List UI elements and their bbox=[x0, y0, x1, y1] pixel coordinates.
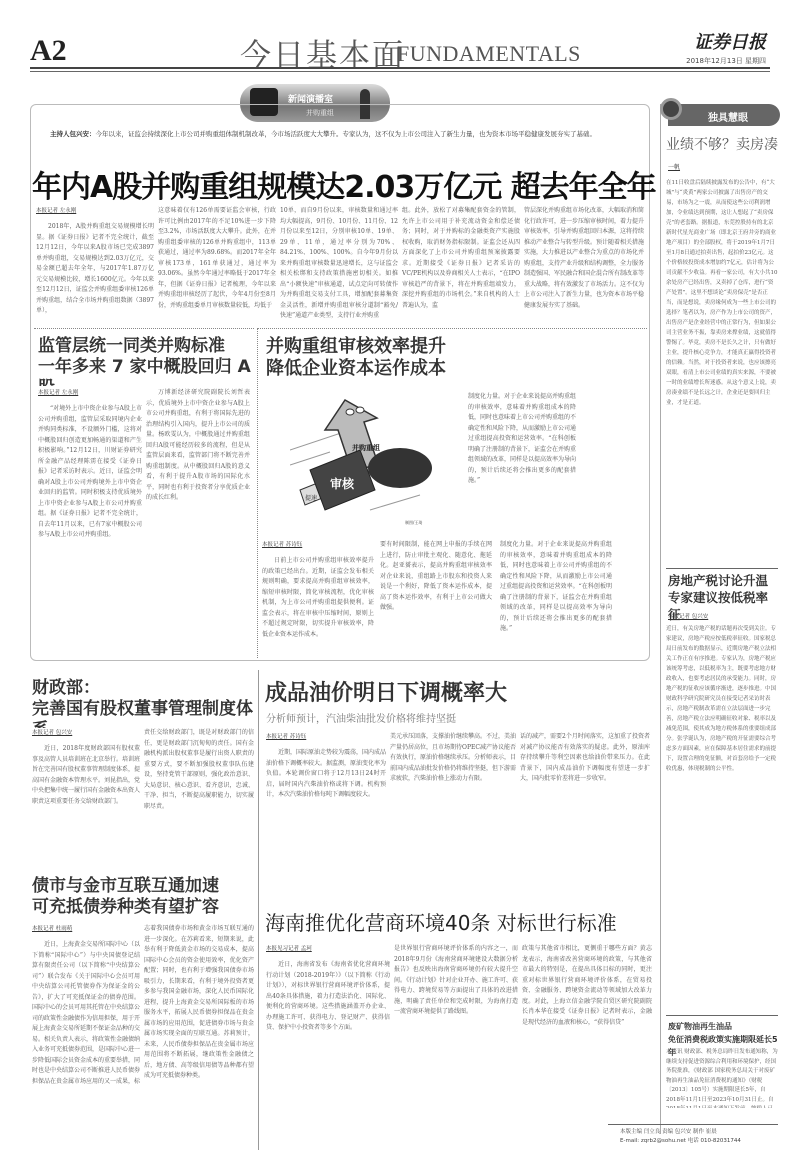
newspaper-logo: 证券日报 bbox=[694, 28, 766, 54]
article-2-paragraph: 万博新经济研究院副院长刘哲表示，优质境外上市中资企业参与A股上市公司并购重组，有… bbox=[146, 388, 250, 504]
article-6-paragraph: 美元承压回落，支撑油价继续攀高。不过，美油产量仍居高位，且市场期待OPEC减产协… bbox=[390, 732, 516, 785]
waste-oil-headline-line1: 废矿物油再生油品 bbox=[668, 1020, 780, 1033]
issue-date: 2018年12月13日 星期四 bbox=[686, 56, 766, 66]
lead-article-col-2: 这意味着仅有126单需要证监会审核，行政许可比例由2017年的不足10%进一步下… bbox=[158, 206, 276, 326]
article-4-paragraph: 责任交给财政部门，既是对财政部门的信任，更是财政部门沉甸甸的责任。国有金融机构派… bbox=[144, 728, 254, 812]
column-divider bbox=[258, 670, 259, 1150]
article-6-byline: 本报记者 苏诗钰 bbox=[266, 732, 386, 740]
lead-article-col-1: 本报记者 左永刚 2018年，A股并购重组交易规模增长明显。据《证券日报》记者不… bbox=[36, 206, 154, 326]
globe-icon bbox=[660, 98, 682, 120]
article-3-paragraph: 制度化力量。对于企业来说提高并购重组的审核效率，意味着并购重组成本的降低，同时也… bbox=[468, 392, 576, 487]
property-tax-body: 近日，有关房地产税的话题再次受到关注。专家建议，房地产税应按低税率征收。国家税总… bbox=[666, 624, 778, 1004]
column-tag: 独具慧眼 bbox=[668, 104, 780, 126]
article-3-paragraph: 要有时间限制，能在网上申报的手续在网上进行，防止审批主观化、随意化、拖延化。赵亚… bbox=[380, 540, 492, 614]
lead-byline: 本报记者 左永刚 bbox=[36, 206, 154, 214]
illus-side-label: 提速 bbox=[305, 494, 317, 502]
illus-credit: 制图/王琦 bbox=[405, 519, 422, 525]
article-7-headline[interactable]: 海南推优化营商环境40条 对标世行标准 bbox=[265, 910, 655, 940]
article-3-paragraph: 制度化力量。对于企业来说提高并购重组的审核效率，意味着并购重组成本的降低，同时也… bbox=[500, 540, 612, 635]
article-4-col-1: 本报记者 包兴安 近日，2018年度财政部国有股权董事及高管人员培训班在北京举行… bbox=[32, 728, 140, 854]
right-divider bbox=[666, 1015, 778, 1016]
article-6-col-2: 美元承压回落，支撑油价继续攀高。不过，美油产量仍居高位，且市场期待OPEC减产协… bbox=[390, 732, 516, 900]
article-6-headline-text: 成品油价明日下调概率大 bbox=[265, 680, 655, 708]
lead-paragraph: 10单，而自9月份以来，审核数量和通过率均大幅提高，9月份、10月份、11月份、… bbox=[280, 206, 398, 322]
section-title-en: FUNDAMENTALS bbox=[397, 41, 581, 67]
illus-band-label: 审核 bbox=[330, 476, 355, 491]
article-5-paragraph: 近日，上海黄金交易所国际中心（以下简称“国际中心”）与中央国债登记结算有限责任公… bbox=[32, 940, 140, 1087]
waste-oil-body: 本报讯 财政部、税务总局昨日发布通知称，为继续支持促进资源综合利用和环境保护，经… bbox=[666, 1048, 778, 1108]
article-3-col-3: 制度化力量。对于企业来说提高并购重组的审核效率，意味着并购重组成本的降低，同时也… bbox=[500, 540, 612, 656]
article-2-paragraph: “对境外上市中资企业参与A股上市公司并购重组，监管层采取同境内企业并购同类标准，… bbox=[38, 404, 142, 541]
article-7-byline: 本报见习记者 孟珂 bbox=[266, 944, 390, 952]
column-headline[interactable]: 业绩不够？卖房凑 bbox=[666, 134, 778, 154]
article-3-col-2: 要有时间限制，能在网上申报的手续在网上进行，防止审批主观化、随意化、拖延化。赵亚… bbox=[380, 540, 492, 656]
article-7-col-3: 政策与其他省市相比，更侧重于哪些方面？黄志龙表示，海南省改善营商环境的政策，与其… bbox=[522, 944, 652, 1154]
lead-paragraph: 2018年，A股并购重组交易规模增长明显。据《证券日报》记者不完全统计，截至12… bbox=[36, 222, 154, 317]
masthead-divider bbox=[30, 67, 770, 72]
article-5-col-1: 本报记者 杜雨萌 近日，上海黄金交易所国际中心（以下简称“国际中心”）与中央国债… bbox=[32, 924, 140, 1152]
article-6-paragraph: 近期，国际原油走势较为震荡，国内成品油价格下调概率较大。据监测，原油变化率为负值… bbox=[266, 748, 386, 801]
article-5-col-2: 志着我国债券市场和黄金市场互联互通的进一步深化。在苏莉看来，短期来说，此举有利于… bbox=[144, 924, 254, 1152]
article-7-col-1: 本报见习记者 孟珂 近日，海南省发布《海南省优化营商环境行动计划（2018-20… bbox=[266, 944, 390, 1154]
column-author: 一帆 bbox=[668, 162, 680, 171]
article-7-paragraph: 政策与其他省市相比，更侧重于哪些方面？黄志龙表示，海南省改善营商环境的政策，与其… bbox=[522, 944, 652, 1028]
article-2-col-2: 万博新经济研究院副院长刘哲表示，优质境外上市中资企业参与A股上市公司并购重组，有… bbox=[146, 388, 250, 656]
property-tax-author: 本报记者 包兴安 bbox=[668, 612, 708, 620]
property-tax-headline-line1: 房地产税讨论升温 bbox=[668, 572, 778, 589]
article-2-headline[interactable]: 监管层统一同类并购标准 一年多来 7 家中概股回归 A 股 bbox=[38, 336, 253, 386]
article-5-headline[interactable]: 债市与金市互联互通加速 可充抵债券种类有望扩容 bbox=[32, 876, 257, 924]
lead-paragraph: 组。此外，放松了对募集配套资金的管制，允许上市公司用于补充流动资金和偿还债务；同… bbox=[402, 206, 520, 311]
article-3-headline-line2: 降低企业资本运作成本 bbox=[266, 358, 566, 380]
article-3-col-1: 本报记者 苏诗钰 日前上市公司并购重组审核效率提升的政策已经出台。近期，证监会发… bbox=[262, 540, 374, 656]
article-3-headline-line1: 并购重组审核效率提升 bbox=[266, 336, 566, 358]
article-7-col-2: 是世界银行营商环境评价体系的内容之一，而2018年9月份《海南营商环境建设大数据… bbox=[394, 944, 518, 1154]
lead-article-col-4: 组。此外，放松了对募集配套资金的管制，允许上市公司用于补充流动资金和偿还债务；同… bbox=[402, 206, 520, 326]
article-2-col-1: 本报记者 左永刚 “对境外上市中资企业参与A股上市公司并购重组，监管层采取同境内… bbox=[38, 388, 142, 656]
article-5-headline-line2: 可充抵债券种类有望扩容 bbox=[32, 897, 257, 918]
article-6-col-1: 本报记者 苏诗钰 近期，国际原油走势较为震荡，国内成品油价格下调概率较大。据监测… bbox=[266, 732, 386, 900]
lead-paragraph: 这意味着仅有126单需要证监会审核，行政许可比例由2017年的不足10%进一步下… bbox=[158, 206, 276, 311]
article-5-headline-line1: 债市与金市互联互通加速 bbox=[32, 876, 257, 897]
right-divider bbox=[666, 568, 778, 569]
column-tag-label: 独具慧眼 bbox=[708, 109, 748, 124]
host-label: 主持人包兴安： bbox=[50, 130, 96, 138]
article-6-col-3: 话的减产，需要2个月时间落实，这加重了投资者对减产协议能否有效落实的疑虑。此外，… bbox=[520, 732, 650, 900]
article-2-byline: 本报记者 左永刚 bbox=[38, 388, 142, 396]
illus-arrow-label: 并购重组 bbox=[352, 443, 380, 452]
article-5-byline: 本报记者 杜雨萌 bbox=[32, 924, 140, 932]
lead-paragraph: 管层深化并购重组市场化改革，大幅取消和简化行政许可，进一步压缩审核时间，着力提升… bbox=[524, 206, 644, 311]
article-4-headline-line2: 完善国有股权董事管理制度体系 bbox=[32, 699, 257, 728]
article-7-paragraph: 是世界银行营商环境评价体系的内容之一，而2018年9月份《海南营商环境建设大数据… bbox=[394, 944, 518, 1018]
host-intro: 主持人包兴安：今年以来，证监会持续深化上市公司并购重组体制机制改革，今市场活跃度… bbox=[50, 127, 650, 141]
article-3-byline: 本报记者 苏诗钰 bbox=[262, 540, 374, 548]
column-body: 在11日收盘后陆续披露发布的公告中，有“大城”与“炎黄”两家公司披露了出售房产的… bbox=[666, 178, 778, 568]
article-3-paragraph: 日前上市公司并购重组审核效率提升的政策已经出台。近期，证监会发布相关规则明确，要… bbox=[262, 556, 374, 640]
article-3-headline[interactable]: 并购重组审核效率提升 降低企业资本运作成本 bbox=[266, 336, 566, 386]
article-4-col-2: 责任交给财政部门，既是对财政部门的信任，更是财政部门沉甸甸的责任。国有金融机构派… bbox=[144, 728, 254, 854]
contact-info: E-mail: zqrb2@sohu.net 电话 010-82031744 bbox=[620, 1136, 741, 1144]
article-5-paragraph: 志着我国债券市场和黄金市场互联互通的进一步深化。在苏莉看来，短期来说，此举有利于… bbox=[144, 924, 254, 1082]
article-6-paragraph: 话的减产，需要2个月时间落实，这加重了投资者对减产协议能否有效落实的疑虑。此外，… bbox=[520, 732, 650, 785]
article-7-paragraph: 近日，海南省发布《海南省优化营商环境行动计划（2018-2019年）》（以下简称… bbox=[266, 960, 390, 1034]
page-number: A2 bbox=[30, 34, 67, 68]
article-7-headline-text: 海南推优化营商环境40条 对标世行标准 bbox=[265, 910, 655, 936]
host-intro-text: 今年以来，证监会持续深化上市公司并购重组体制机制改革，今市场活跃度大大攀升。专家… bbox=[96, 130, 597, 138]
footer-divider bbox=[608, 1124, 778, 1125]
merger-review-illustration: 审核 并购重组 提速 制图/王琦 bbox=[290, 390, 440, 530]
editor-credits: 本版主编 闫立良 责编 包兴安 制作 崔晨 bbox=[620, 1127, 717, 1135]
article-4-byline: 本报记者 包兴安 bbox=[32, 728, 140, 736]
waste-oil-text: 本报讯 财政部、税务总局昨日发布通知称，为继续支持促进资源综合利用和环境保护，经… bbox=[666, 1049, 778, 1108]
article-2-headline-line2: 一年多来 7 家中概股回归 A 股 bbox=[38, 357, 253, 386]
article-2-headline-line1: 监管层统一同类并购标准 bbox=[38, 336, 253, 357]
article-6-subheadline: 分析师预计，汽油柴油批发价格将维持坚挺 bbox=[266, 710, 656, 726]
lead-article-col-5: 管层深化并购重组市场化改革，大幅取消和简化行政许可，进一步压缩审核时间，着力提升… bbox=[524, 206, 644, 326]
article-6-headline[interactable]: 成品油价明日下调概率大 bbox=[265, 680, 655, 710]
article-4-paragraph: 近日，2018年度财政部国有股权董事及高管人员培训班在北京举行。培训班旨在完善国… bbox=[32, 744, 140, 807]
article-6-subheadline-text: 分析师预计，汽油柴油批发价格将维持坚挺 bbox=[266, 710, 656, 725]
lead-article-col-3: 10单，而自9月份以来，审核数量和通过率均大幅提高，9月份、10月份、11月份、… bbox=[280, 206, 398, 326]
lead-headline[interactable]: 年内A股并购重组规模达2.03万亿元 超去年全年 bbox=[32, 162, 652, 206]
article-4-headline-line1: 财政部： bbox=[32, 678, 257, 699]
article-4-headline[interactable]: 财政部： 完善国有股权董事管理制度体系 bbox=[32, 678, 257, 728]
article-3-col-top: 制度化力量。对于企业来说提高并购重组的审核效率，意味着并购重组成本的降低，同时也… bbox=[468, 392, 576, 522]
